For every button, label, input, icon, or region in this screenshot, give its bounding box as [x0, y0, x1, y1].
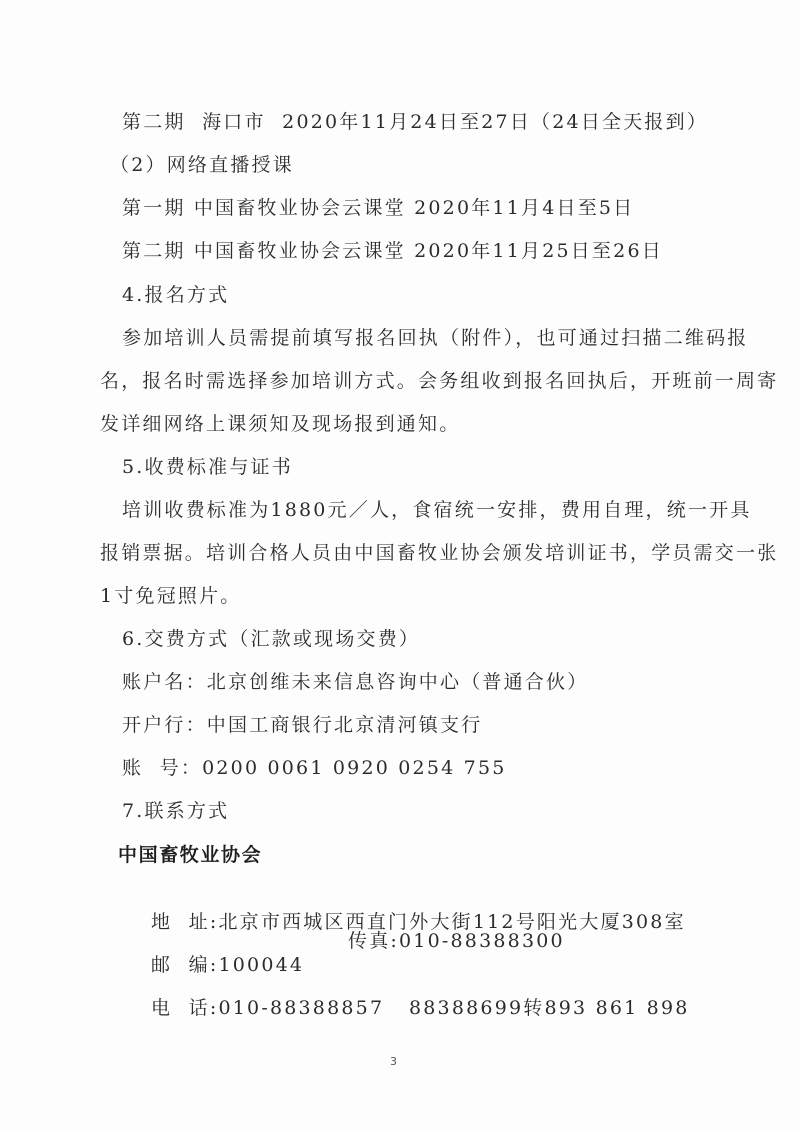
- section5-paragraph-line1: 培训收费标准为1880元／人，食宿统一安排，费用自理，统一开具: [122, 498, 752, 522]
- section5-paragraph-line2: 报销票据。培训合格人员由中国畜牧业协会颁发培训证书，学员需交一张: [100, 541, 778, 565]
- organization-name: 中国畜牧业协会: [118, 843, 262, 867]
- section4-paragraph-line2: 名，报名时需选择参加培训方式。会务组收到报名回执后，开班前一周寄: [100, 369, 778, 393]
- section5-paragraph-line3: 1寸免冠照片。: [100, 584, 242, 608]
- phone-label: 电 话:: [151, 996, 218, 1020]
- online-teaching-heading: （2）网络直播授课: [110, 153, 294, 177]
- fax-label: 传真:: [348, 930, 399, 952]
- section4-heading: 4.报名方式: [122, 283, 229, 307]
- account-number-line: 账 号：0200 0061 0920 0254 755: [122, 756, 507, 780]
- section4-paragraph-line3: 发详细网络上课须知及现场报到通知。: [100, 412, 460, 436]
- session2-onsite-line: 第二期 海口市 2020年11月24日至27日（24日全天报到）: [122, 110, 708, 134]
- section6-heading: 6.交费方式（汇款或现场交费）: [122, 627, 420, 651]
- online-session1-line: 第一期 中国畜牧业协会云课堂 2020年11月4日至5日: [122, 196, 634, 220]
- section5-heading: 5.收费标准与证书: [122, 455, 293, 479]
- bank-line: 开户行：中国工商银行北京清河镇支行: [122, 713, 482, 737]
- fax-value: 010-88388300: [399, 930, 565, 952]
- phone-value: 010-88388857 88388699转893 861 898: [218, 997, 689, 1019]
- section4-paragraph-line1: 参加培训人员需提前填写报名回执（附件），也可通过扫描二维码报: [122, 326, 749, 350]
- online-session2-line: 第二期 中国畜牧业协会云课堂 2020年11月25日至26日: [122, 239, 663, 263]
- document-page: 第二期 海口市 2020年11月24日至27日（24日全天报到） （2）网络直播…: [0, 0, 800, 1131]
- fax-field: 传真:010-88388300: [348, 929, 565, 953]
- section7-heading: 7.联系方式: [122, 799, 229, 823]
- account-name-line: 账户名：北京创维未来信息咨询中心（普通合伙）: [122, 670, 588, 694]
- page-number: 3: [390, 1055, 397, 1068]
- phone-line: 电 话:010-88388857 88388699转893 861 898: [118, 972, 690, 1044]
